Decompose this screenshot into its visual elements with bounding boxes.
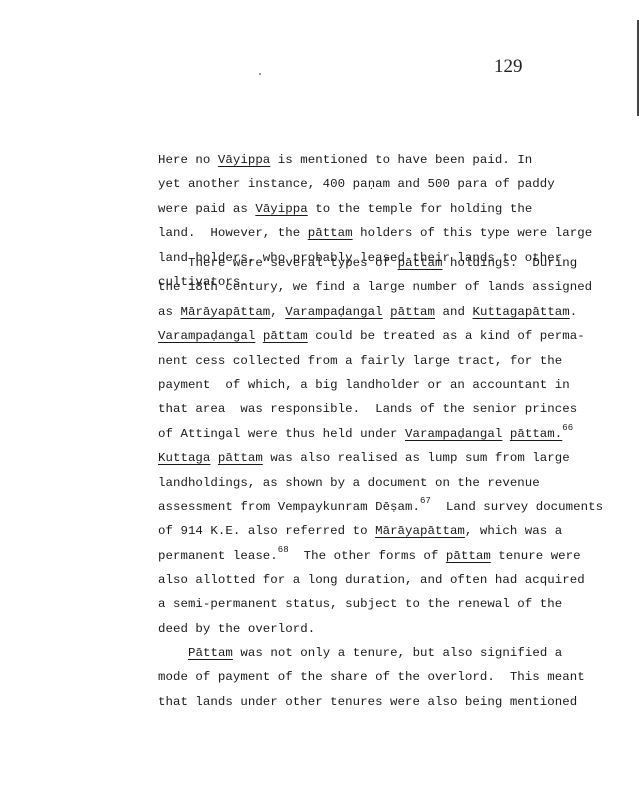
text-line: a semi-permanent status, subject to the … xyxy=(158,592,628,616)
text-line: mode of payment of the share of the over… xyxy=(158,665,628,689)
underlined-term: Varampaḍangal xyxy=(405,427,502,441)
underlined-term: pāttam xyxy=(218,451,263,465)
underlined-term: Mārāyapāttam xyxy=(180,305,270,319)
underlined-term: Varampaḍangal xyxy=(158,329,255,343)
text-line: Here no Vāyippa is mentioned to have bee… xyxy=(158,148,628,172)
text-line: Varampaḍangal pāttam could be treated as… xyxy=(158,324,628,348)
underlined-term: Vāyippa xyxy=(218,153,270,167)
text-run: is mentioned to have been paid. In xyxy=(270,153,532,167)
text-run: The other forms of xyxy=(289,549,446,563)
text-line: There were several types of pāttam holdi… xyxy=(158,251,628,275)
underlined-term: Vāyippa xyxy=(255,202,307,216)
page-number: 129 xyxy=(494,56,523,78)
underlined-term: pāttam xyxy=(308,226,353,240)
footnote-ref: 67 xyxy=(420,496,431,506)
text-run: of 914 K.E. also referred to xyxy=(158,524,375,538)
page-edge-line xyxy=(637,20,639,116)
text-run: There were several types of xyxy=(188,256,398,270)
text-line: of 914 K.E. also referred to Mārāyapātta… xyxy=(158,519,628,543)
text-line: payment of which, a big landholder or an… xyxy=(158,373,628,397)
text-run: a semi-permanent status, subject to the … xyxy=(158,597,562,611)
text-line: assessment from Vempaykunram Dēṣam.67 La… xyxy=(158,495,628,519)
text-line: Pāttam was not only a tenure, but also s… xyxy=(158,641,628,665)
text-line: landholdings, as shown by a document on … xyxy=(158,471,628,495)
text-line: deed by the overlord. xyxy=(158,617,628,641)
text-run xyxy=(502,427,510,441)
underlined-term: pāttam xyxy=(446,549,491,563)
text-line: nent cess collected from a fairly large … xyxy=(158,349,628,373)
text-run: , xyxy=(270,305,285,319)
footnote-ref: 68 xyxy=(278,545,289,555)
text-line: were paid as Vāyippa to the temple for h… xyxy=(158,197,628,221)
text-line: of Attingal were thus held under Varampa… xyxy=(158,422,628,446)
underlined-term: pāttam xyxy=(398,256,443,270)
footnote-ref: 66 xyxy=(562,423,573,433)
text-line: land. However, the pāttam holders of thi… xyxy=(158,221,628,245)
text-run: were paid as xyxy=(158,202,255,216)
text-run: payment of which, a big landholder or an… xyxy=(158,378,570,392)
text-run: Here no xyxy=(158,153,218,167)
text-run: to the temple for holding the xyxy=(308,202,533,216)
text-run: holdings. During xyxy=(443,256,578,270)
text-run: . xyxy=(570,305,578,319)
text-line: that lands under other tenures were also… xyxy=(158,690,628,714)
text-run: nent cess collected from a fairly large … xyxy=(158,354,562,368)
text-run: yet another instance, 400 paṇam and 500 … xyxy=(158,177,555,191)
text-run: permanent lease. xyxy=(158,549,278,563)
text-run: and xyxy=(435,305,472,319)
text-line: yet another instance, 400 paṇam and 500 … xyxy=(158,172,628,196)
text-run: that area was responsible. Lands of the … xyxy=(158,402,577,416)
text-run: was not only a tenure, but also signifie… xyxy=(233,646,562,660)
text-run: the 18th century, we find a large number… xyxy=(158,280,592,294)
text-run: as xyxy=(158,305,180,319)
text-line: Kuttaga pāttam was also realised as lump… xyxy=(158,446,628,470)
text-run: landholdings, as shown by a document on … xyxy=(158,476,540,490)
text-run xyxy=(210,451,218,465)
underlined-term: Kuttagapāttam xyxy=(472,305,569,319)
scan-speck xyxy=(259,73,261,75)
paragraph-2: There were several types of pāttam holdi… xyxy=(158,251,628,641)
underlined-term: Varampaḍangal xyxy=(285,305,382,319)
underlined-term: Kuttaga xyxy=(158,451,210,465)
text-run: assessment from Vempaykunram Dēṣam. xyxy=(158,500,420,514)
text-run: could be treated as a kind of perma- xyxy=(308,329,585,343)
text-line: that area was responsible. Lands of the … xyxy=(158,397,628,421)
text-run: of Attingal were thus held under xyxy=(158,427,405,441)
text-run: was also realised as lump sum from large xyxy=(263,451,570,465)
underlined-term: pāttam xyxy=(390,305,435,319)
text-run: that lands under other tenures were also… xyxy=(158,695,577,709)
underlined-term: pāttam. xyxy=(510,427,562,441)
text-run: , which was a xyxy=(465,524,562,538)
text-run xyxy=(383,305,391,319)
text-run: tenure were xyxy=(491,549,581,563)
text-run: deed by the overlord. xyxy=(158,622,315,636)
text-line: the 18th century, we find a large number… xyxy=(158,275,628,299)
text-run: mode of payment of the share of the over… xyxy=(158,670,585,684)
underlined-term: Mārāyapāttam xyxy=(375,524,465,538)
text-run: also allotted for a long duration, and o… xyxy=(158,573,585,587)
text-line: permanent lease.68 The other forms of pā… xyxy=(158,544,628,568)
text-line: as Mārāyapāttam, Varampaḍangal pāttam an… xyxy=(158,300,628,324)
underlined-term: Pāttam xyxy=(188,646,233,660)
text-run: land. However, the xyxy=(158,226,308,240)
text-run: Land survey documents xyxy=(431,500,603,514)
underlined-term: pāttam xyxy=(263,329,308,343)
paragraph-3: Pāttam was not only a tenure, but also s… xyxy=(158,641,628,714)
text-run: holders of this type were large xyxy=(353,226,593,240)
text-run xyxy=(255,329,263,343)
text-line: also allotted for a long duration, and o… xyxy=(158,568,628,592)
